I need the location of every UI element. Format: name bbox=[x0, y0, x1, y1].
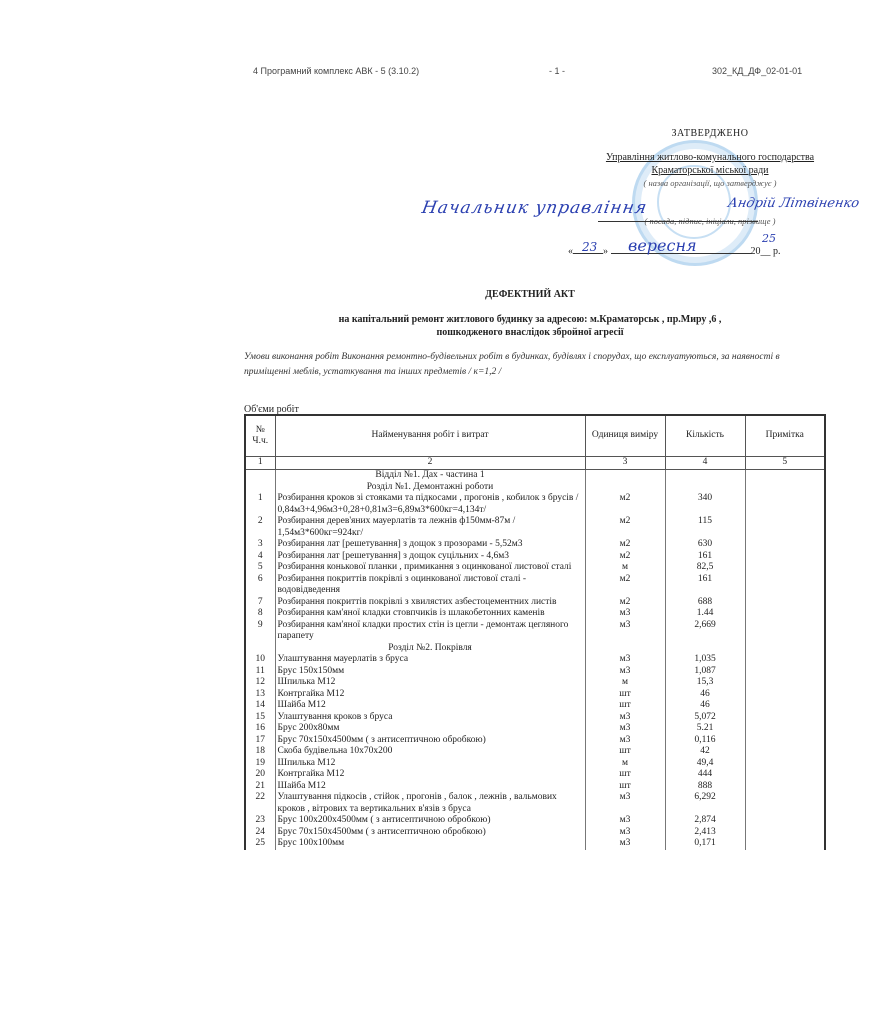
section-qty bbox=[665, 470, 745, 482]
row-name: Улаштування підкосів , стійок , прогонів… bbox=[275, 792, 585, 815]
section-row: Розділ №1. Демонтажні роботи bbox=[245, 482, 825, 494]
row-note bbox=[745, 677, 825, 689]
row-name: Контргайка М12 bbox=[275, 689, 585, 701]
document-subtitle: на капітальний ремонт житлового будинку … bbox=[240, 313, 820, 339]
table-row: 21Шайба М12шт888 bbox=[245, 781, 825, 793]
row-num: 20 bbox=[245, 769, 275, 781]
section-title: Розділ №1. Демонтажні роботи bbox=[275, 482, 585, 494]
row-name: Розбирання кам'яної кладки стовпчиків із… bbox=[275, 608, 585, 620]
row-note bbox=[745, 539, 825, 551]
row-num: 16 bbox=[245, 723, 275, 735]
row-note bbox=[745, 574, 825, 597]
row-name: Шпилька М12 bbox=[275, 758, 585, 770]
date-open-quote: « bbox=[568, 246, 573, 257]
row-unit: м bbox=[585, 758, 665, 770]
section-note bbox=[745, 482, 825, 494]
row-name: Розбирання покриттів покрівлі з хвилясти… bbox=[275, 597, 585, 609]
row-qty: 115 bbox=[665, 516, 745, 539]
row-unit: м3 bbox=[585, 654, 665, 666]
row-note bbox=[745, 620, 825, 643]
table-row: 8Розбирання кам'яної кладки стовпчиків і… bbox=[245, 608, 825, 620]
table-row: 4Розбирання лат [решетування] з дощок су… bbox=[245, 551, 825, 563]
table-row: 17Брус 70х150х4500мм ( з антисептичною о… bbox=[245, 735, 825, 747]
row-num: 23 bbox=[245, 815, 275, 827]
row-qty: 161 bbox=[665, 574, 745, 597]
row-note bbox=[745, 597, 825, 609]
row-note bbox=[745, 838, 825, 850]
row-note bbox=[745, 516, 825, 539]
row-qty: 340 bbox=[665, 493, 745, 516]
row-note bbox=[745, 815, 825, 827]
row-name: Скоба будівельна 10х70х200 bbox=[275, 746, 585, 758]
row-unit: шт bbox=[585, 700, 665, 712]
table-row: 2Розбирання дерев'яних мауерлатів та леж… bbox=[245, 516, 825, 539]
row-unit: м2 bbox=[585, 574, 665, 597]
handwritten-year: 25 bbox=[762, 232, 776, 245]
row-name: Розбирання дерев'яних мауерлатів та лежн… bbox=[275, 516, 585, 539]
handwritten-day: 23 bbox=[582, 240, 597, 254]
colnum-1: 1 bbox=[245, 457, 275, 470]
row-unit: м3 bbox=[585, 608, 665, 620]
row-qty: 15,3 bbox=[665, 677, 745, 689]
section-title: Відділ №1. Дах - частина 1 bbox=[275, 470, 585, 482]
row-num: 19 bbox=[245, 758, 275, 770]
row-note bbox=[745, 666, 825, 678]
section-row: Розділ №2. Покрівля bbox=[245, 643, 825, 655]
table-row: 9Розбирання кам'яної кладки простих стін… bbox=[245, 620, 825, 643]
table-row: 3Розбирання лат [решетування] з дощок з … bbox=[245, 539, 825, 551]
row-num: 2 bbox=[245, 516, 275, 539]
row-unit: м2 bbox=[585, 597, 665, 609]
row-num: 8 bbox=[245, 608, 275, 620]
row-num: 10 bbox=[245, 654, 275, 666]
row-name: Шайба М12 bbox=[275, 781, 585, 793]
header-note: Примітка bbox=[745, 415, 825, 457]
row-num: 21 bbox=[245, 781, 275, 793]
row-unit: м bbox=[585, 677, 665, 689]
colnum-4: 4 bbox=[665, 457, 745, 470]
row-qty: 46 bbox=[665, 700, 745, 712]
column-number-row: 1 2 3 4 5 bbox=[245, 457, 825, 470]
row-num: 9 bbox=[245, 620, 275, 643]
approval-title: ЗАТВЕРДЖЕНО bbox=[560, 128, 860, 139]
table-row: 7Розбирання покриттів покрівлі з хвиляст… bbox=[245, 597, 825, 609]
row-unit: м2 bbox=[585, 516, 665, 539]
document-title: ДЕФЕКТНИЙ АКТ bbox=[240, 289, 820, 300]
row-num: 7 bbox=[245, 597, 275, 609]
table-row: 22Улаштування підкосів , стійок , прогон… bbox=[245, 792, 825, 815]
row-note bbox=[745, 551, 825, 563]
works-table: № Ч.ч. Найменування робіт і витрат Одини… bbox=[244, 414, 826, 850]
table-row: 25Брус 100х100ммм30,171 bbox=[245, 838, 825, 850]
row-unit: м3 bbox=[585, 620, 665, 643]
org-hint: ( назва організації, що затверджує ) bbox=[560, 177, 860, 189]
handwritten-month: вересня bbox=[628, 236, 697, 255]
row-name: Брус 200х80мм bbox=[275, 723, 585, 735]
subtitle-line-2: пошкодженого внаслідок збройної агресії bbox=[240, 326, 820, 339]
row-qty: 2,413 bbox=[665, 827, 745, 839]
table-row: 18Скоба будівельна 10х70х200шт42 bbox=[245, 746, 825, 758]
colnum-5: 5 bbox=[745, 457, 825, 470]
org-line-1: Управління житлово-комунального господар… bbox=[560, 151, 860, 164]
date-suffix: р. bbox=[773, 246, 781, 257]
row-note bbox=[745, 735, 825, 747]
table-row: 19Шпилька М12м49,4 bbox=[245, 758, 825, 770]
row-num: 22 bbox=[245, 792, 275, 815]
row-name: Шпилька М12 bbox=[275, 677, 585, 689]
header-num: № Ч.ч. bbox=[245, 415, 275, 457]
row-num: 12 bbox=[245, 677, 275, 689]
section-unit bbox=[585, 470, 665, 482]
row-name: Розбирання лат [решетування] з дощок з п… bbox=[275, 539, 585, 551]
table-header-row: № Ч.ч. Найменування робіт і витрат Одини… bbox=[245, 415, 825, 457]
table-row: 24Брус 70х150х4500мм ( з антисептичною о… bbox=[245, 827, 825, 839]
date-year-prefix: 20 bbox=[751, 246, 761, 257]
section-num bbox=[245, 470, 275, 482]
row-num: 11 bbox=[245, 666, 275, 678]
row-qty: 0,116 bbox=[665, 735, 745, 747]
row-qty: 0,171 bbox=[665, 838, 745, 850]
section-unit bbox=[585, 643, 665, 655]
row-qty: 161 bbox=[665, 551, 745, 563]
row-num: 5 bbox=[245, 562, 275, 574]
row-unit: м3 bbox=[585, 792, 665, 815]
row-qty: 46 bbox=[665, 689, 745, 701]
row-name: Розбирання покриттів покрівлі з оцинкова… bbox=[275, 574, 585, 597]
row-qty: 630 bbox=[665, 539, 745, 551]
row-note bbox=[745, 758, 825, 770]
row-num: 4 bbox=[245, 551, 275, 563]
row-note bbox=[745, 781, 825, 793]
row-unit: м bbox=[585, 562, 665, 574]
row-num: 3 bbox=[245, 539, 275, 551]
row-name: Розбирання кам'яної кладки простих стін … bbox=[275, 620, 585, 643]
row-name: Розбирання конькової планки , примикання… bbox=[275, 562, 585, 574]
section-title: Розділ №2. Покрівля bbox=[275, 643, 585, 655]
table-row: 12Шпилька М12м15,3 bbox=[245, 677, 825, 689]
row-qty: 6,292 bbox=[665, 792, 745, 815]
handwritten-name: Андрій Літвіненко bbox=[727, 196, 861, 211]
section-num bbox=[245, 643, 275, 655]
row-qty: 1,087 bbox=[665, 666, 745, 678]
row-note bbox=[745, 562, 825, 574]
approving-organization: Управління житлово-комунального господар… bbox=[560, 151, 860, 177]
row-unit: м3 bbox=[585, 838, 665, 850]
table-row: 13Контргайка М12шт46 bbox=[245, 689, 825, 701]
table-row: 20Контргайка М12шт444 bbox=[245, 769, 825, 781]
section-row: Відділ №1. Дах - частина 1 bbox=[245, 470, 825, 482]
row-qty: 1,035 bbox=[665, 654, 745, 666]
colnum-2: 2 bbox=[275, 457, 585, 470]
row-name: Улаштування мауерлатів з бруса bbox=[275, 654, 585, 666]
row-num: 18 bbox=[245, 746, 275, 758]
colnum-3: 3 bbox=[585, 457, 665, 470]
row-qty: 444 bbox=[665, 769, 745, 781]
row-unit: шт bbox=[585, 689, 665, 701]
row-qty: 2,874 bbox=[665, 815, 745, 827]
table-row: 23Брус 100х200х4500мм ( з антисептичною … bbox=[245, 815, 825, 827]
row-unit: шт bbox=[585, 746, 665, 758]
row-unit: м3 bbox=[585, 712, 665, 724]
row-qty: 2,669 bbox=[665, 620, 745, 643]
row-name: Брус 150х150мм bbox=[275, 666, 585, 678]
row-qty: 42 bbox=[665, 746, 745, 758]
row-unit: м3 bbox=[585, 723, 665, 735]
section-qty bbox=[665, 643, 745, 655]
table-row: 16Брус 200х80ммм35.21 bbox=[245, 723, 825, 735]
row-unit: м2 bbox=[585, 539, 665, 551]
row-note bbox=[745, 712, 825, 724]
row-name: Брус 70х150х4500мм ( з антисептичною обр… bbox=[275, 735, 585, 747]
row-note bbox=[745, 769, 825, 781]
table-row: 5Розбирання конькової планки , примиканн… bbox=[245, 562, 825, 574]
works-table-body: Відділ №1. Дах - частина 1Розділ №1. Дем… bbox=[245, 470, 825, 850]
row-num: 25 bbox=[245, 838, 275, 850]
row-note bbox=[745, 792, 825, 815]
row-unit: шт bbox=[585, 769, 665, 781]
handwritten-position: Начальник управління bbox=[420, 198, 649, 218]
date-close-quote: » bbox=[603, 246, 608, 257]
header-qty: Кількість bbox=[665, 415, 745, 457]
table-row: 6Розбирання покриттів покрівлі з оцинков… bbox=[245, 574, 825, 597]
row-qty: 5.21 bbox=[665, 723, 745, 735]
row-note bbox=[745, 746, 825, 758]
row-note bbox=[745, 700, 825, 712]
row-unit: м3 bbox=[585, 666, 665, 678]
table-row: 11Брус 150х150ммм31,087 bbox=[245, 666, 825, 678]
org-line-2: Краматорської міської ради bbox=[560, 164, 860, 177]
row-unit: м3 bbox=[585, 827, 665, 839]
table-row: 1Розбирання кроков зі стояками та підкос… bbox=[245, 493, 825, 516]
table-row: 14Шайба М12шт46 bbox=[245, 700, 825, 712]
row-name: Брус 100х100мм bbox=[275, 838, 585, 850]
row-unit: шт bbox=[585, 781, 665, 793]
row-qty: 688 bbox=[665, 597, 745, 609]
row-note bbox=[745, 493, 825, 516]
subtitle-line-1: на капітальний ремонт житлового будинку … bbox=[240, 313, 820, 326]
row-qty: 49,4 bbox=[665, 758, 745, 770]
row-qty: 1.44 bbox=[665, 608, 745, 620]
row-qty: 5,072 bbox=[665, 712, 745, 724]
header-unit: Одиниця виміру bbox=[585, 415, 665, 457]
row-num: 1 bbox=[245, 493, 275, 516]
row-unit: м3 bbox=[585, 735, 665, 747]
row-name: Розбирання лат [решетування] з дощок суц… bbox=[275, 551, 585, 563]
row-note bbox=[745, 689, 825, 701]
signature-line bbox=[598, 221, 758, 222]
row-num: 24 bbox=[245, 827, 275, 839]
section-note bbox=[745, 470, 825, 482]
row-note bbox=[745, 723, 825, 735]
row-unit: м2 bbox=[585, 551, 665, 563]
row-name: Брус 70х150х4500мм ( з антисептичною обр… bbox=[275, 827, 585, 839]
row-name: Контргайка М12 bbox=[275, 769, 585, 781]
row-name: Улаштування кроков з бруса bbox=[275, 712, 585, 724]
document-code: 302_КД_ДФ_02-01-01 bbox=[712, 66, 802, 76]
header-name: Найменування робіт і витрат bbox=[275, 415, 585, 457]
row-qty: 888 bbox=[665, 781, 745, 793]
table-row: 10Улаштування мауерлатів з брусам31,035 bbox=[245, 654, 825, 666]
row-num: 15 bbox=[245, 712, 275, 724]
section-note bbox=[745, 643, 825, 655]
row-note bbox=[745, 827, 825, 839]
program-header: 4 Програмний комплекс АВК - 5 (3.10.2) bbox=[253, 66, 419, 76]
page-number: - 1 - bbox=[549, 66, 565, 76]
section-unit bbox=[585, 482, 665, 494]
row-num: 13 bbox=[245, 689, 275, 701]
table-row: 15Улаштування кроков з брусам35,072 bbox=[245, 712, 825, 724]
row-num: 17 bbox=[245, 735, 275, 747]
row-unit: м3 bbox=[585, 815, 665, 827]
row-num: 6 bbox=[245, 574, 275, 597]
work-conditions: Умови виконання робіт Виконання ремонтно… bbox=[244, 350, 824, 380]
row-name: Шайба М12 bbox=[275, 700, 585, 712]
row-name: Брус 100х200х4500мм ( з антисептичною об… bbox=[275, 815, 585, 827]
row-unit: м2 bbox=[585, 493, 665, 516]
section-num bbox=[245, 482, 275, 494]
row-name: Розбирання кроков зі стояками та підкоса… bbox=[275, 493, 585, 516]
section-qty bbox=[665, 482, 745, 494]
row-note bbox=[745, 608, 825, 620]
row-num: 14 bbox=[245, 700, 275, 712]
row-note bbox=[745, 654, 825, 666]
row-qty: 82,5 bbox=[665, 562, 745, 574]
